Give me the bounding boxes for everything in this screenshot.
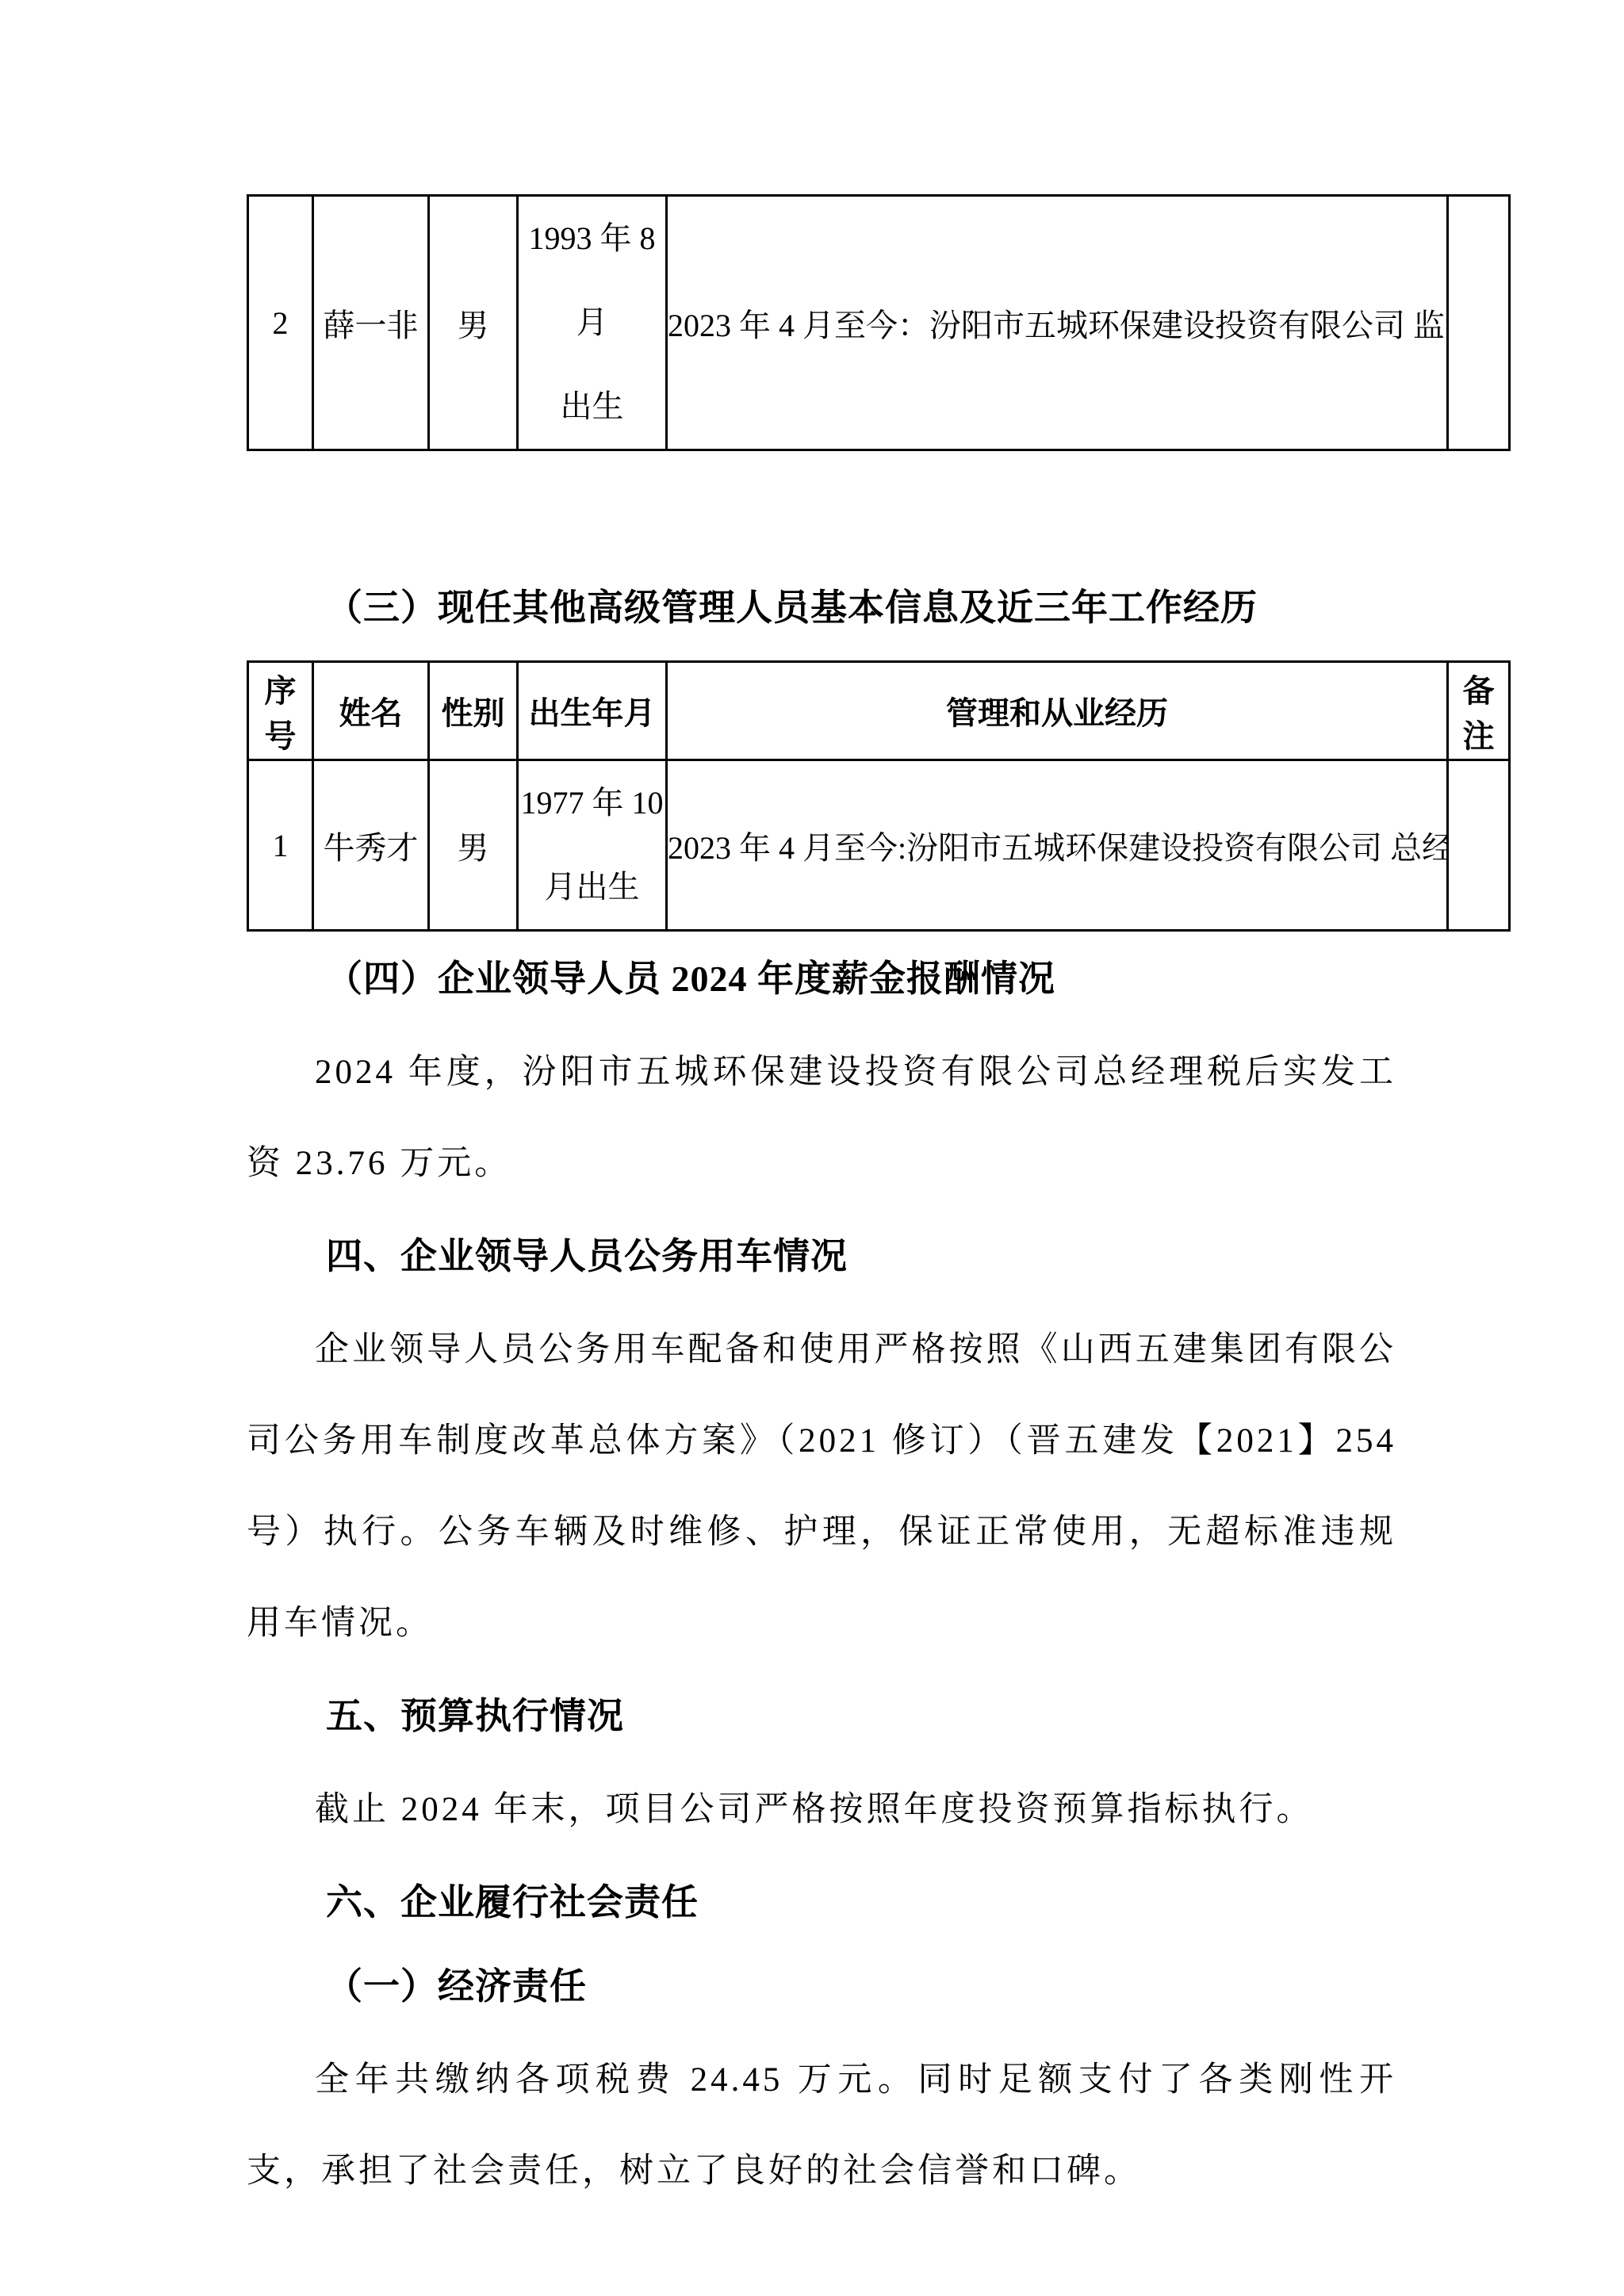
section-6-1-heading: （一）经济责任 [247, 1963, 1508, 2011]
header-name: 姓名 [313, 662, 429, 760]
document-page: 2 薛一非 男 1993 年 8 月 出生 2023 年 4 月至今：汾阳市五城… [0, 0, 1624, 2296]
budget-paragraph: 截止 2024 年末，项目公司严格按照年度投资预算指标执行。 [247, 1764, 1396, 1855]
table-header-row: 序号 姓名 性别 出生年月 管理和从业经历 备注 [248, 662, 1510, 760]
cell-experience: 2023 年 4 月至今:汾阳市五城环保建设投资有限公司 总经理 [667, 760, 1448, 931]
header-birth-date: 出生年月 [518, 662, 667, 760]
senior-managers-table: 序号 姓名 性别 出生年月 管理和从业经历 备注 1 牛秀才 男 1977 年 … [247, 660, 1511, 932]
vehicles-paragraph: 企业领导人员公务用车配备和使用严格按照《山西五建集团有限公司公务用车制度改革总体… [247, 1304, 1396, 1669]
document-content: 2 薛一非 男 1993 年 8 月 出生 2023 年 4 月至今：汾阳市五城… [247, 194, 1508, 2236]
table-row: 1 牛秀才 男 1977 年 10 月出生 2023 年 4 月至今:汾阳市五城… [248, 760, 1510, 931]
cell-seq: 1 [248, 760, 313, 931]
cell-gender: 男 [429, 760, 518, 931]
cell-note [1448, 760, 1510, 931]
section-4-heading: （四）企业领导人员 2024 年度薪金报酬情况 [247, 955, 1508, 1003]
directors-table-continuation: 2 薛一非 男 1993 年 8 月 出生 2023 年 4 月至今：汾阳市五城… [247, 194, 1511, 451]
cell-experience: 2023 年 4 月至今：汾阳市五城环保建设投资有限公司 监事 [667, 196, 1448, 450]
cell-seq: 2 [248, 196, 313, 450]
birth-line-2: 月出生 [519, 845, 665, 929]
section-3-heading: （三）现任其他高级管理人员基本信息及近三年工作经历 [247, 584, 1508, 632]
cell-birth-date: 1993 年 8 月 出生 [518, 196, 667, 450]
header-note: 备注 [1448, 662, 1510, 760]
header-seq: 序号 [248, 662, 313, 760]
cell-gender: 男 [429, 196, 518, 450]
table-row: 2 薛一非 男 1993 年 8 月 出生 2023 年 4 月至今：汾阳市五城… [248, 196, 1510, 450]
birth-line-1: 1977 年 10 [519, 761, 665, 845]
cell-name: 薛一非 [313, 196, 429, 450]
birth-line-1: 1993 年 8 月 [519, 197, 665, 365]
header-gender: 性别 [429, 662, 518, 760]
birth-line-2: 出生 [519, 365, 665, 449]
chapter-5-heading: 五、预算执行情况 [247, 1693, 1508, 1740]
chapter-4-heading: 四、企业领导人员公务用车情况 [247, 1233, 1508, 1280]
cell-birth-date: 1977 年 10 月出生 [518, 760, 667, 931]
header-experience: 管理和从业经历 [667, 662, 1448, 760]
cell-name: 牛秀才 [313, 760, 429, 931]
cell-note [1448, 196, 1510, 450]
chapter-6-heading: 六、企业履行社会责任 [247, 1879, 1508, 1927]
salary-paragraph: 2024 年度，汾阳市五城环保建设投资有限公司总经理税后实发工资 23.76 万… [247, 1027, 1396, 1209]
economic-responsibility-paragraph: 全年共缴纳各项税费 24.45 万元。同时足额支付了各类刚性开支，承担了社会责任… [247, 2034, 1396, 2217]
